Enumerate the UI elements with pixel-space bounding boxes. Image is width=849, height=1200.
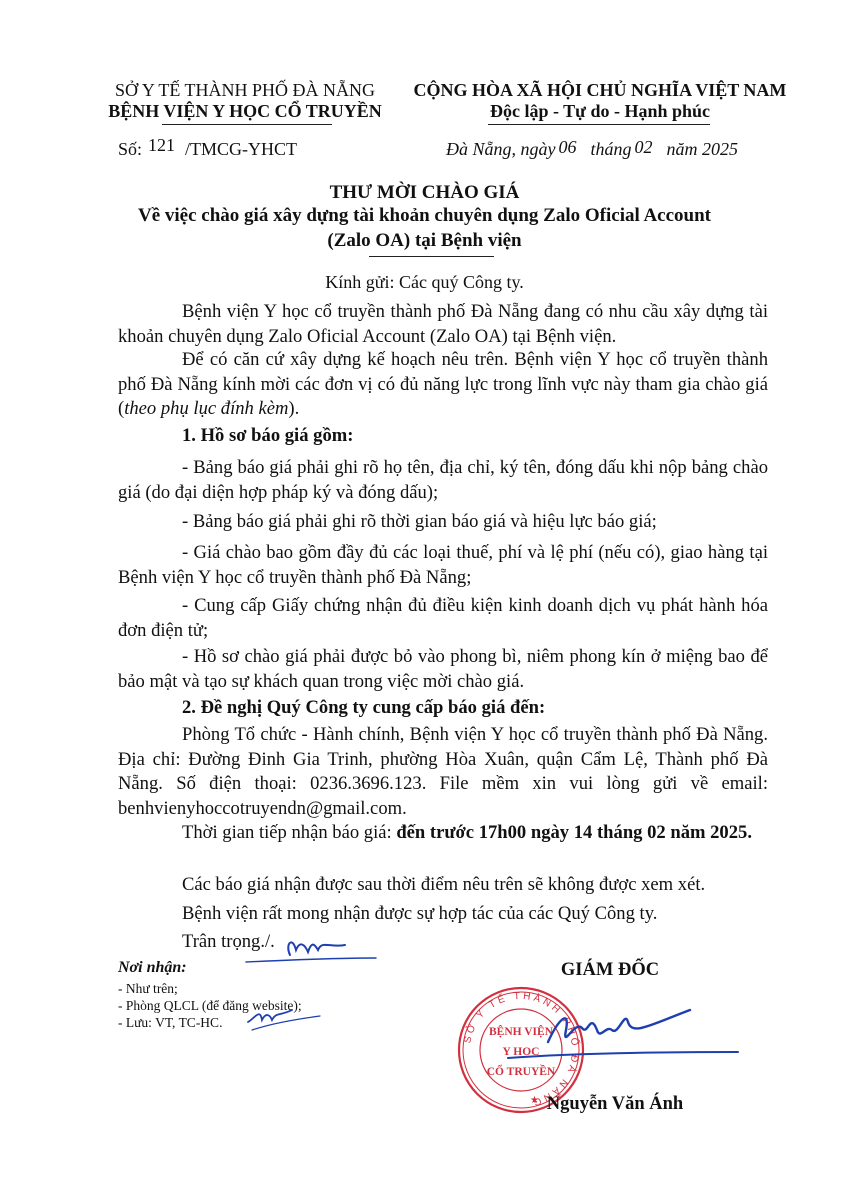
section-1-item: - Hồ sơ chào giá phải được bỏ vào phong … (118, 645, 768, 694)
stamp-outer-text: SỞ Y TẾ THÀNH PHỐ ĐÀ NẴNG (462, 991, 583, 1108)
stamp-line-2: Y HỌC (503, 1046, 540, 1058)
parent-organization: SỞ Y TẾ THÀNH PHỐ ĐÀ NẴNG (95, 80, 395, 101)
recipient-item: - Lưu: VT, TC-HC. (118, 1015, 222, 1031)
submission-address: Phòng Tổ chức - Hành chính, Bệnh viện Y … (118, 723, 768, 821)
section-1-item: - Bảng báo giá phải ghi rõ thời gian báo… (118, 510, 768, 535)
document-title: THƯ MỜI CHÀO GIÁ (0, 182, 849, 204)
salutation: Kính gửi: Các quý Công ty. (0, 272, 849, 293)
document-subject-line-1: Về việc chào giá xây dựng tài khoản chuy… (0, 205, 849, 227)
document-number-label: Số: (118, 139, 142, 159)
recipient-item: - Phòng QLCL (để đăng website); (118, 998, 302, 1014)
invitation-paragraph: Để có căn cứ xây dựng kế hoạch nêu trên.… (118, 348, 768, 422)
document-subject-line-2: (Zalo OA) tại Bệnh viện (0, 230, 849, 252)
subject-underline (369, 256, 494, 257)
national-motto: Độc lập - Tự do - Hạnh phúc (400, 101, 800, 122)
recipient-item: - Như trên; (118, 981, 178, 997)
deadline-label: Thời gian tiếp nhận báo giá: (182, 822, 396, 843)
section-1-item: - Cung cấp Giấy chứng nhận đủ điều kiện … (118, 594, 768, 643)
signer-name: Nguyễn Văn Ánh (505, 1094, 725, 1115)
director-signature (508, 1010, 738, 1058)
section-2-heading: 2. Đề nghị Quý Công ty cung cấp báo giá … (118, 696, 768, 721)
nation-name: CỘNG HÒA XÃ HỘI CHỦ NGHĨA VIỆT NAM (400, 80, 800, 101)
section-1-heading: 1. Hồ sơ báo giá gồm: (118, 424, 768, 449)
month-label: tháng (591, 139, 632, 159)
place-label: Đà Nẵng, ngày (446, 139, 556, 159)
stamp-line-1: BỆNH VIỆN (489, 1024, 554, 1038)
date-month: 02 (635, 137, 653, 157)
deadline-value: đến trước 17h00 ngày 14 tháng 02 năm 202… (396, 822, 752, 843)
deadline-paragraph: Thời gian tiếp nhận báo giá: đến trước 1… (118, 821, 768, 846)
appendix-reference: theo phụ lục đính kèm (124, 398, 288, 419)
section-1-item: - Bảng báo giá phải ghi rõ họ tên, địa c… (118, 456, 768, 505)
motto-underline (488, 124, 710, 125)
closing-line: Bệnh viện rất mong nhận được sự hợp tác … (118, 902, 768, 927)
document-number-suffix: /TMCG-YHCT (185, 139, 297, 159)
closing-line: Các báo giá nhận được sau thời điểm nêu … (118, 873, 768, 898)
closing-regards: Trân trọng./. (118, 930, 768, 955)
intro-paragraph: Bệnh viện Y học cổ truyền thành phố Đà N… (118, 300, 768, 349)
year-label: năm (667, 139, 698, 159)
date-year: 2025 (702, 139, 738, 159)
signer-title: GIÁM ĐỐC (500, 960, 720, 981)
document-number: Số:121/TMCG-YHCT (118, 139, 297, 160)
place-and-date: Đà Nẵng, ngày06tháng02năm 2025 (446, 139, 738, 160)
svg-text:SỞ Y TẾ THÀNH PHỐ ĐÀ NẴNG: SỞ Y TẾ THÀNH PHỐ ĐÀ NẴNG (462, 991, 583, 1108)
document-number-value: 121 (148, 135, 175, 155)
section-1-item: - Giá chào bao gồm đầy đủ các loại thuế,… (118, 541, 768, 590)
invitation-text-end: ). (288, 398, 299, 419)
organization-name: BỆNH VIỆN Y HỌC CỔ TRUYỀN (95, 101, 395, 122)
organization-underline (162, 124, 332, 125)
stamp-line-3: CỔ TRUYỀN (487, 1063, 556, 1078)
recipients-title: Nơi nhận: (118, 959, 187, 977)
date-day: 06 (559, 137, 577, 157)
